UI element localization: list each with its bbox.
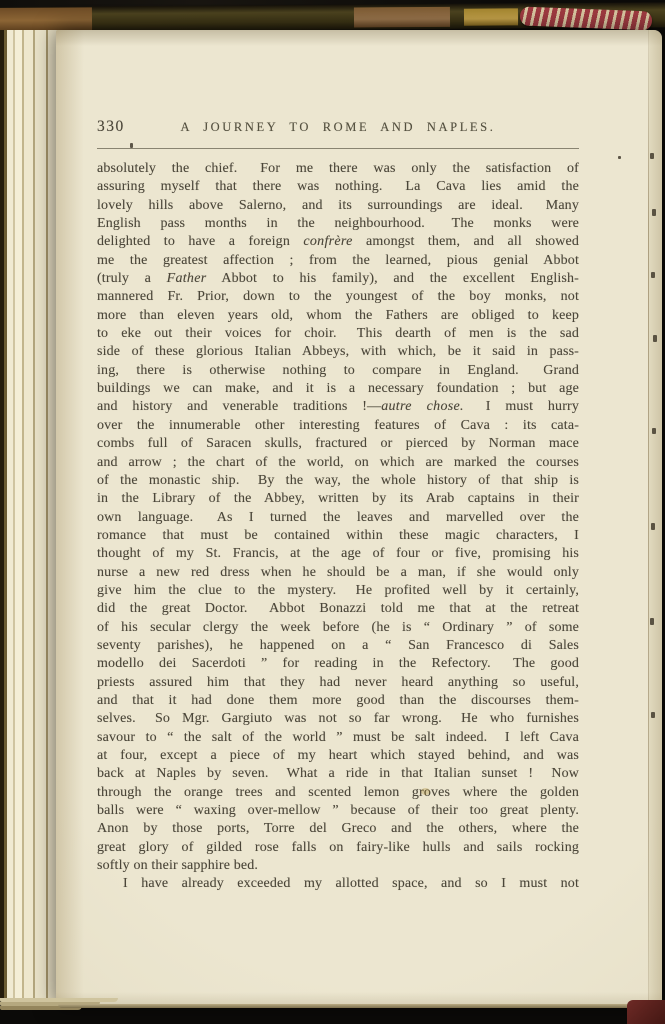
text-line: balls were “ waxing over-mellow ” becaus… (97, 802, 579, 820)
ink-speck (650, 618, 654, 625)
text-line: at four, except a piece of my heart whic… (97, 747, 579, 765)
text-line: own language. As I turned the leaves and… (97, 509, 579, 527)
text-line: combs full of Saracen skulls, fractured … (97, 435, 579, 453)
header-rule (97, 148, 579, 149)
page-content: 330 A JOURNEY TO ROME AND NAPLES. absolu… (97, 118, 579, 894)
text-line: English pass months in the neighbourhood… (97, 215, 579, 233)
text-line: great glory of gilded rose falls on fair… (97, 839, 579, 857)
ink-speck (130, 143, 133, 148)
ink-speck (653, 335, 657, 342)
text-line: nurse a new red dress when he should be … (97, 564, 579, 582)
ink-speck (652, 209, 656, 216)
text-line: Anon by those ports, Torre del Greco and… (97, 820, 579, 838)
text-line: in the Library of the Abbey, written by … (97, 490, 579, 508)
text-line: side of these glorious Italian Abbeys, w… (97, 343, 579, 361)
text-line: me the greatest affection ; from the lea… (97, 252, 579, 270)
text-line: I have already exceeded my allotted spac… (97, 875, 579, 893)
text-line: softly on their sapphire bed. (97, 857, 579, 875)
text-line: thought of my St. Francis, at the age of… (97, 545, 579, 563)
leather-patch-mid (354, 7, 450, 28)
text-line: assuring myself that there was nothing. … (97, 178, 579, 196)
ink-speck (618, 156, 621, 159)
page-bottom-edge (58, 1004, 656, 1008)
text-line: and history and venerable traditions !—a… (97, 398, 579, 416)
text-line: savour to “ the salt of the world ” must… (97, 729, 579, 747)
page-stack-left-edge (0, 30, 62, 1002)
text-line: of his secular clergy the week before (h… (97, 619, 579, 637)
ink-speck (651, 712, 655, 718)
text-line: and that it had done them more good than… (97, 692, 579, 710)
page-number: 330 (97, 118, 125, 136)
text-line: did the great Doctor. Abbot Bonazzi told… (97, 600, 579, 618)
body-text: absolutely the chief. For me there was o… (97, 160, 579, 894)
text-line: over the innumerable other interesting f… (97, 417, 579, 435)
ink-speck (652, 428, 656, 434)
text-line: absolutely the chief. For me there was o… (97, 160, 579, 178)
leather-patch-left (0, 7, 92, 31)
text-line: more than eleven years old, whom the Fat… (97, 307, 579, 325)
text-line: ing, there is otherwise nothing to compa… (97, 362, 579, 380)
ink-speck (651, 272, 655, 278)
running-title: A JOURNEY TO ROME AND NAPLES. (97, 118, 579, 135)
text-line: seventy parishes), he happened on a “ Sa… (97, 637, 579, 655)
ink-speck (650, 153, 654, 159)
text-line: modello dei Sacerdoti ” for reading in t… (97, 655, 579, 673)
paper-stain (421, 788, 430, 795)
text-line: through the orange trees and scented lem… (97, 784, 579, 802)
text-line: buildings we can make, and it is a neces… (97, 380, 579, 398)
page-header: 330 A JOURNEY TO ROME AND NAPLES. (97, 118, 579, 140)
ink-speck (651, 523, 655, 530)
page-fore-edge (649, 30, 662, 1006)
text-line: priests assured him that they had never … (97, 674, 579, 692)
book-page: 330 A JOURNEY TO ROME AND NAPLES. absolu… (56, 30, 662, 1006)
text-line: to eke out their voices for choir. This … (97, 325, 579, 343)
photo-background: 330 A JOURNEY TO ROME AND NAPLES. absolu… (0, 0, 665, 1024)
text-line: back at Naples by seven. What a ride in … (97, 765, 579, 783)
book-cover-bottom-right (627, 1000, 665, 1024)
text-line: selves. So Mgr. Gargiuto was not so far … (97, 710, 579, 728)
text-line: give him the clue to the mystery. He pro… (97, 582, 579, 600)
text-line: romance that must be contained within th… (97, 527, 579, 545)
text-line: of the monastic ship. By the way, the wh… (97, 472, 579, 490)
text-line: (truly a Father Abbot to his family), an… (97, 270, 579, 288)
text-line: and arrow ; the chart of the world, on w… (97, 454, 579, 472)
text-line: delighted to have a foreign confrère amo… (97, 233, 579, 251)
text-line: lovely hills above Salerno, and its surr… (97, 197, 579, 215)
gilt-patch (464, 8, 518, 25)
text-line: mannered Fr. Prior, down to the youngest… (97, 288, 579, 306)
